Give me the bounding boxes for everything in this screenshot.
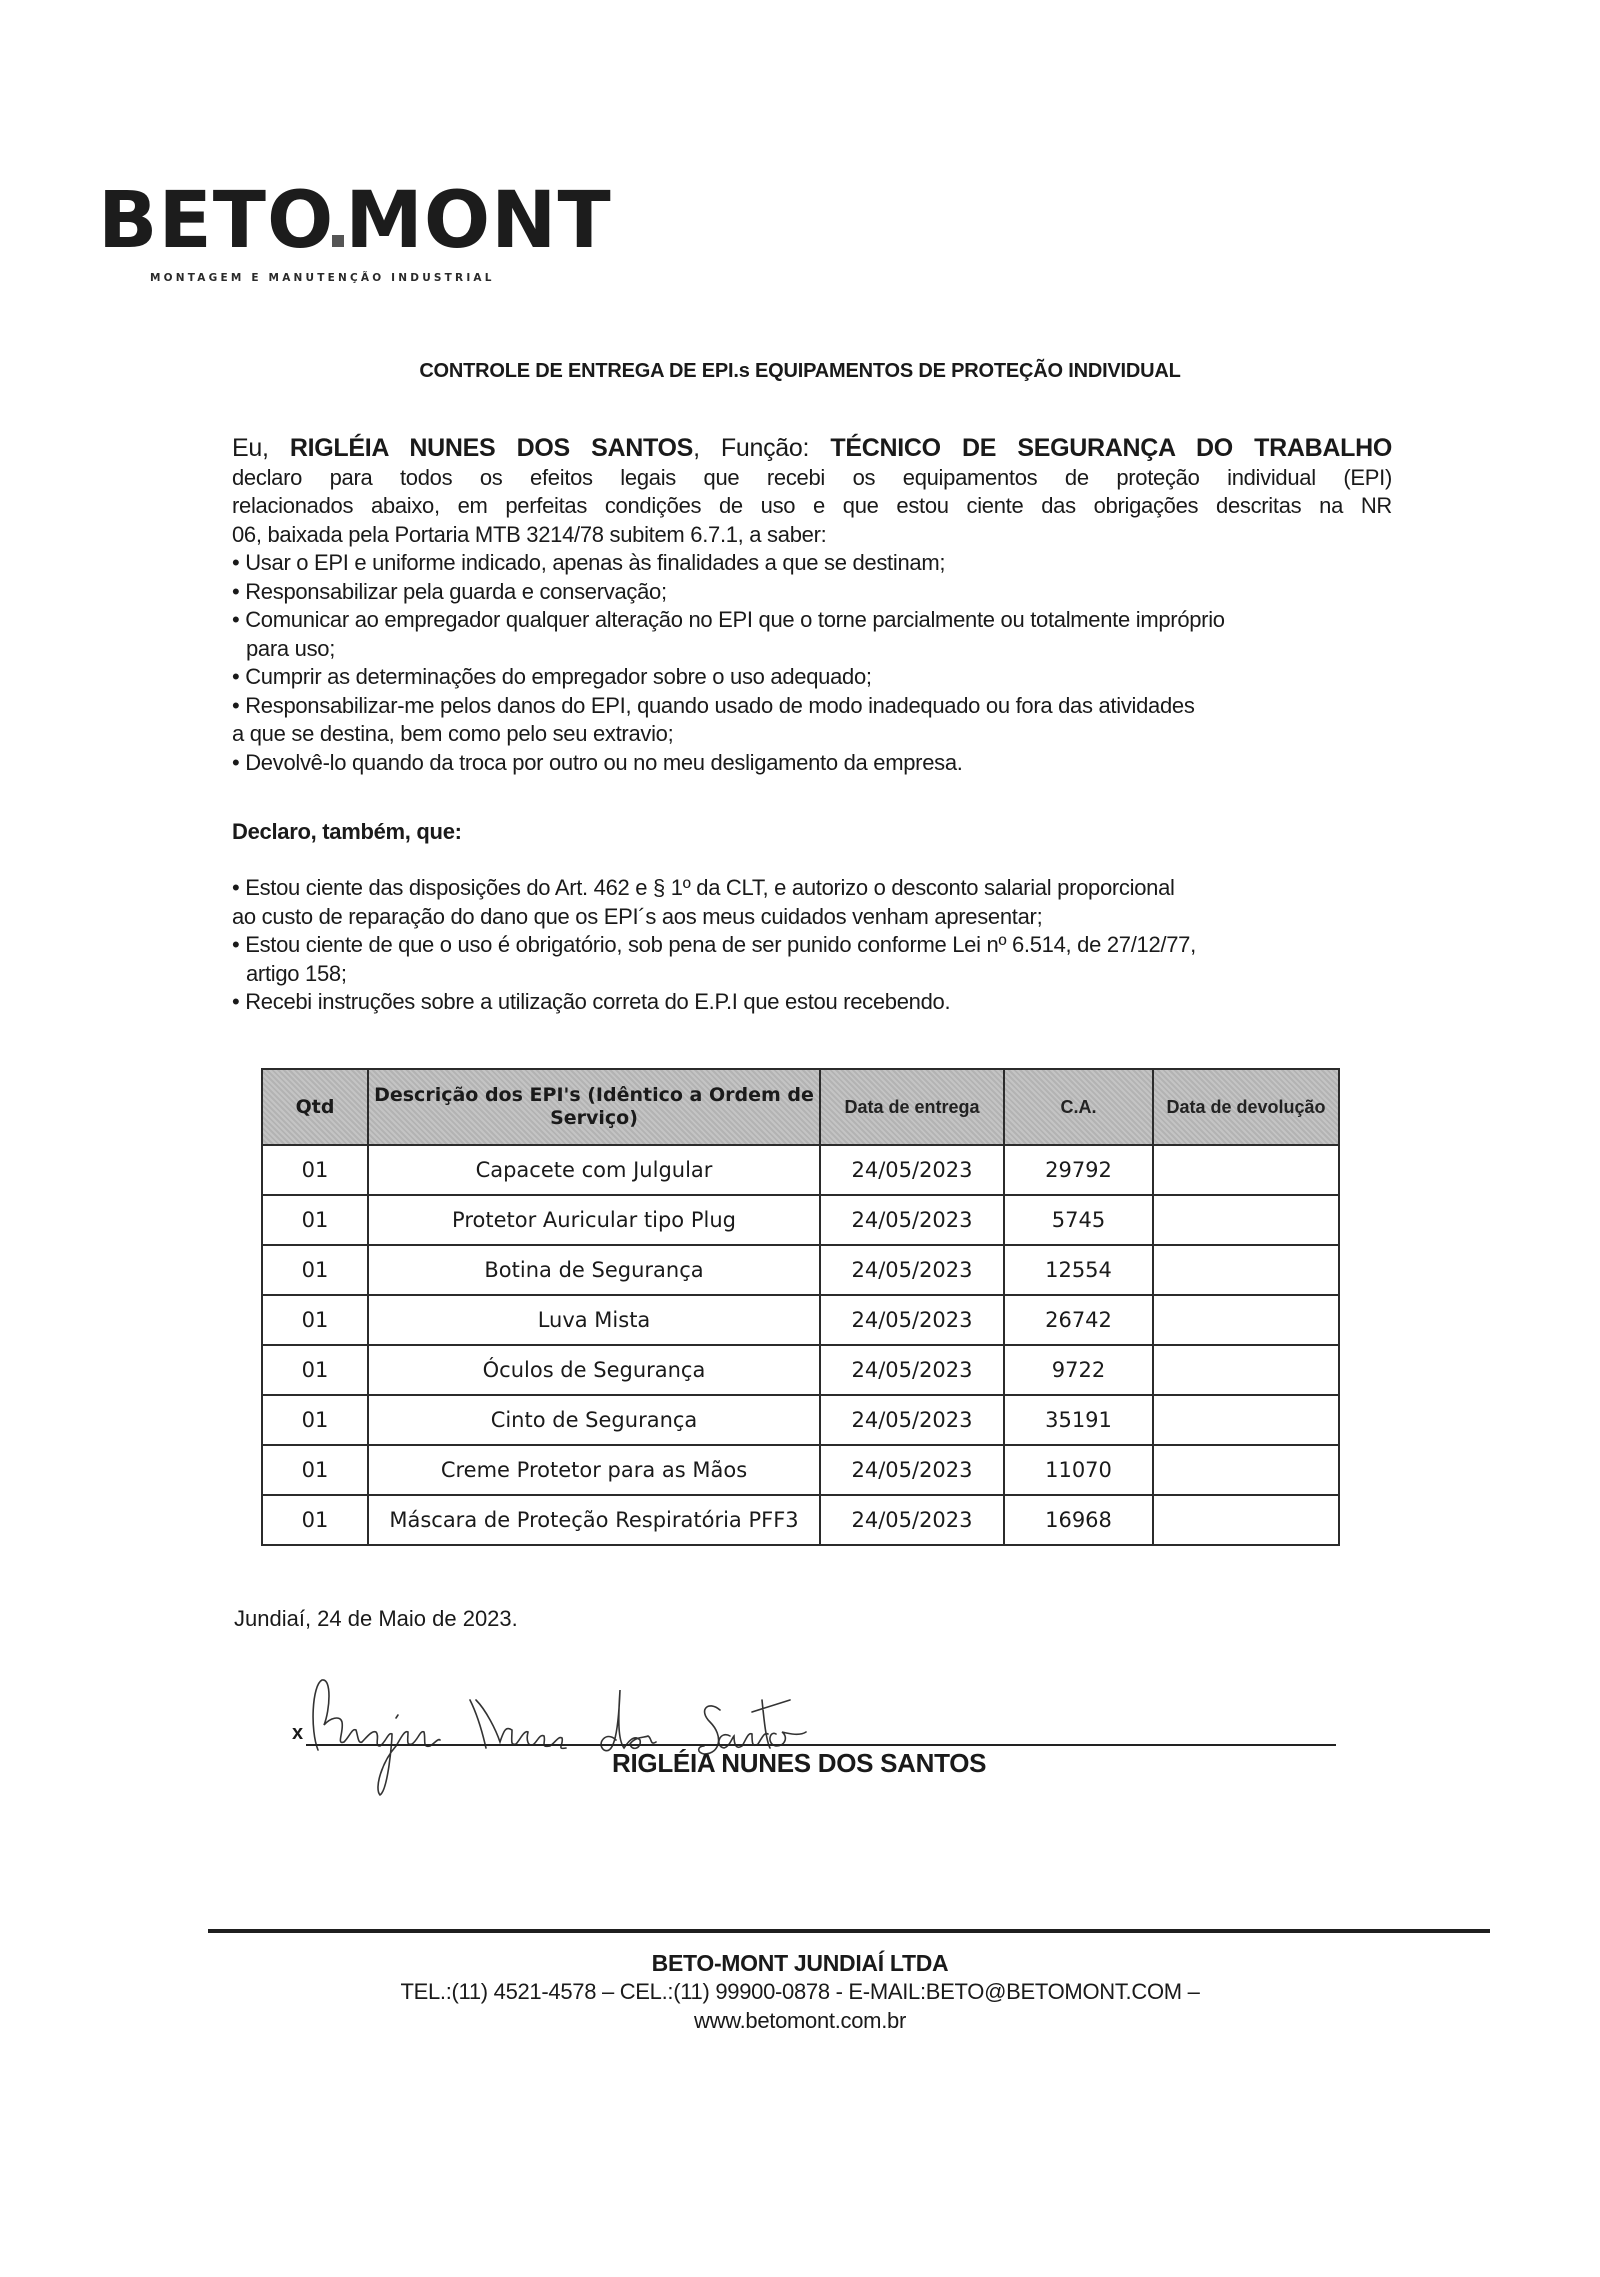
table-row: 01Cinto de Segurança24/05/202335191	[262, 1395, 1339, 1445]
cell-descricao: Protetor Auricular tipo Plug	[368, 1195, 820, 1245]
cell-ca: 5745	[1004, 1195, 1153, 1245]
table-row: 01Máscara de Proteção Respiratória PFF32…	[262, 1495, 1339, 1545]
cell-descricao: Creme Protetor para as Mãos	[368, 1445, 820, 1495]
cell-descricao: Cinto de Segurança	[368, 1395, 820, 1445]
function-value: TÉCNICO DE SEGURANÇA DO TRABALHO	[830, 434, 1392, 462]
function-label: , Função:	[693, 434, 830, 462]
header-ca: C.A.	[1004, 1069, 1153, 1145]
cell-descricao: Botina de Segurança	[368, 1245, 820, 1295]
cell-data-entrega: 24/05/2023	[820, 1495, 1004, 1545]
obligation-item: • Usar o EPI e uniforme indicado, apenas…	[232, 549, 1392, 578]
cell-qtd: 01	[262, 1145, 368, 1195]
cell-data-entrega: 24/05/2023	[820, 1295, 1004, 1345]
cell-data-entrega: 24/05/2023	[820, 1195, 1004, 1245]
obligation-item: • Responsabilizar pela guarda e conserva…	[232, 578, 1392, 607]
table-header-row: Qtd Descrição dos EPI's (Idêntico a Orde…	[262, 1069, 1339, 1145]
table-row: 01Capacete com Julgular24/05/202329792	[262, 1145, 1339, 1195]
signature-marker: x	[292, 1722, 303, 1745]
cell-descricao: Capacete com Julgular	[368, 1145, 820, 1195]
logo-text-left: BETO	[98, 176, 334, 266]
footer-website[interactable]: www.betomont.com.br	[0, 2008, 1600, 2034]
footer-company: BETO-MONT JUNDIAÍ LTDA	[0, 1950, 1600, 1977]
intro-line: relacionados abaixo, em perfeitas condiç…	[232, 492, 1392, 521]
declaration-item-continuation: ao custo de reparação do dano que os EPI…	[232, 903, 1392, 932]
cell-descricao: Luva Mista	[368, 1295, 820, 1345]
cell-data-devolucao[interactable]	[1153, 1495, 1339, 1545]
cell-qtd: 01	[262, 1345, 368, 1395]
cell-qtd: 01	[262, 1495, 368, 1545]
declaration-item: • Estou ciente das disposições do Art. 4…	[232, 874, 1392, 903]
cell-data-entrega: 24/05/2023	[820, 1445, 1004, 1495]
epi-table: Qtd Descrição dos EPI's (Idêntico a Orde…	[261, 1068, 1340, 1546]
cell-qtd: 01	[262, 1195, 368, 1245]
cell-data-entrega: 24/05/2023	[820, 1345, 1004, 1395]
header-qtd: Qtd	[262, 1069, 368, 1145]
cell-qtd: 01	[262, 1295, 368, 1345]
cell-ca: 11070	[1004, 1445, 1153, 1495]
declaration-heading: Declaro, também, que:	[232, 818, 1392, 847]
cell-descricao: Óculos de Segurança	[368, 1345, 820, 1395]
cell-ca: 29792	[1004, 1145, 1153, 1195]
cell-data-devolucao[interactable]	[1153, 1145, 1339, 1195]
cell-ca: 12554	[1004, 1245, 1153, 1295]
table-row: 01Creme Protetor para as Mãos24/05/20231…	[262, 1445, 1339, 1495]
cell-data-devolucao[interactable]	[1153, 1345, 1339, 1395]
cell-data-devolucao[interactable]	[1153, 1395, 1339, 1445]
intro-line: 06, baixada pela Portaria MTB 3214/78 su…	[232, 521, 1392, 550]
employee-name: RIGLÉIA NUNES DOS SANTOS	[290, 434, 693, 462]
cell-ca: 35191	[1004, 1395, 1153, 1445]
logo-dot-icon	[332, 235, 344, 247]
logo-text-right: MONT	[345, 176, 611, 266]
signatory-name: RIGLÉIA NUNES DOS SANTOS	[612, 1748, 986, 1779]
declaration-list: • Estou ciente das disposições do Art. 4…	[232, 874, 1392, 1017]
intro-declaration: Eu, RIGLÉIA NUNES DOS SANTOS, Função: TÉ…	[232, 434, 1392, 777]
document-title: CONTROLE DE ENTREGA DE EPI.s EQUIPAMENTO…	[0, 360, 1600, 383]
declaration-item: • Estou ciente de que o uso é obrigatóri…	[232, 931, 1392, 960]
handwritten-signature	[300, 1670, 860, 1800]
cell-data-devolucao[interactable]	[1153, 1295, 1339, 1345]
declaration-item: • Recebi instruções sobre a utilização c…	[232, 988, 1392, 1017]
cell-ca: 16968	[1004, 1495, 1153, 1545]
header-descricao: Descrição dos EPI's (Idêntico a Ordem de…	[368, 1069, 820, 1145]
obligation-item-continuation: a que se destina, bem como pelo seu extr…	[232, 720, 1392, 749]
header-data-devolucao: Data de devolução	[1153, 1069, 1339, 1145]
cell-qtd: 01	[262, 1395, 368, 1445]
signature-line	[306, 1744, 1336, 1746]
intro-line: declaro para todos os efeitos legais que…	[232, 464, 1392, 493]
table-row: 01Protetor Auricular tipo Plug24/05/2023…	[262, 1195, 1339, 1245]
logo-tagline: MONTAGEM E MANUTENÇÃO INDUSTRIAL	[150, 272, 495, 284]
table-row: 01Botina de Segurança24/05/202312554	[262, 1245, 1339, 1295]
obligation-item: • Cumprir as determinações do empregador…	[232, 663, 1392, 692]
cell-qtd: 01	[262, 1245, 368, 1295]
obligation-item: • Devolvê-lo quando da troca por outro o…	[232, 749, 1392, 778]
cell-descricao: Máscara de Proteção Respiratória PFF3	[368, 1495, 820, 1545]
intro-heading-line: Eu, RIGLÉIA NUNES DOS SANTOS, Função: TÉ…	[232, 434, 1392, 464]
table-row: 01Luva Mista24/05/202326742	[262, 1295, 1339, 1345]
header-data-entrega: Data de entrega	[820, 1069, 1004, 1145]
obligation-item: • Comunicar ao empregador qualquer alter…	[232, 606, 1392, 635]
cell-data-devolucao[interactable]	[1153, 1245, 1339, 1295]
declaration-item-continuation: artigo 158;	[232, 960, 1392, 989]
cell-data-entrega: 24/05/2023	[820, 1395, 1004, 1445]
obligation-item: • Responsabilizar-me pelos danos do EPI,…	[232, 692, 1392, 721]
intro-prefix: Eu,	[232, 434, 290, 462]
footer-divider	[208, 1929, 1490, 1933]
cell-data-devolucao[interactable]	[1153, 1445, 1339, 1495]
obligation-item-continuation: para uso;	[232, 635, 1392, 664]
cell-ca: 9722	[1004, 1345, 1153, 1395]
place-date: Jundiaí, 24 de Maio de 2023.	[234, 1606, 518, 1632]
company-logo: BETOMONT	[98, 182, 612, 260]
cell-data-entrega: 24/05/2023	[820, 1145, 1004, 1195]
table-row: 01Óculos de Segurança24/05/20239722	[262, 1345, 1339, 1395]
cell-ca: 26742	[1004, 1295, 1153, 1345]
footer-contact: TEL.:(11) 4521-4578 – CEL.:(11) 99900-08…	[0, 1979, 1600, 2005]
cell-data-devolucao[interactable]	[1153, 1195, 1339, 1245]
cell-data-entrega: 24/05/2023	[820, 1245, 1004, 1295]
cell-qtd: 01	[262, 1445, 368, 1495]
